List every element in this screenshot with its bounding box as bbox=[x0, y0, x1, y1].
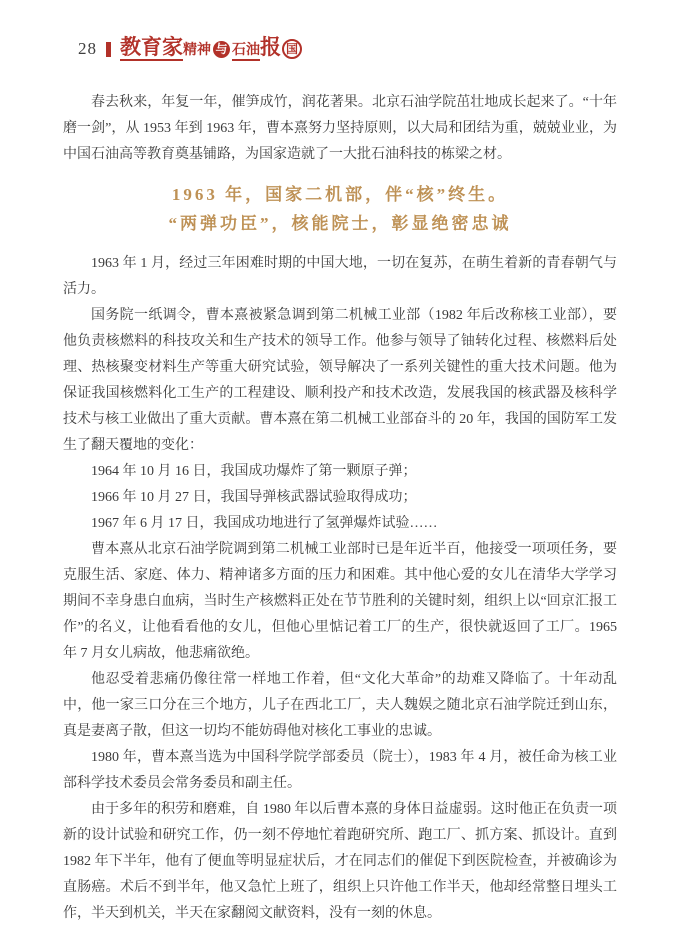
paragraph: 他忍受着悲痛仍像往常一样地工作着，但“文化大革命”的劫难又降临了。十年动乱中，他… bbox=[63, 667, 617, 745]
logo-text-bao: 报 bbox=[260, 37, 281, 58]
paragraph-date-item: 1966 年 10 月 27 日，我国导弹核武器试验取得成功； bbox=[63, 485, 617, 511]
page-number: 28 bbox=[78, 39, 97, 59]
section-heading: 1963 年，国家二机部，伴“核”终生。 “两弹功臣”，核能院士，彰显绝密忠诚 bbox=[63, 180, 617, 238]
yu-seal-icon: 与 bbox=[213, 41, 230, 58]
paragraph: 国务院一纸调令，曹本熹被紧急调到第二机械工业部（1982 年后改称核工业部），要… bbox=[63, 303, 617, 459]
paragraph-date-item: 1964 年 10 月 16 日，我国成功爆炸了第一颗原子弹； bbox=[63, 459, 617, 485]
paragraph-date-item: 1967 年 6 月 17 日，我国成功地进行了氢弹爆炸试验…… bbox=[63, 511, 617, 537]
logo-text-shiyou: 石油 bbox=[232, 44, 260, 61]
header-divider-bar bbox=[106, 42, 111, 57]
paragraph-intro: 春去秋来，年复一年，催笋成竹，润花著果。北京石油学院茁壮地成长起来了。“十年磨一… bbox=[63, 90, 617, 168]
page-header: 28 教育家 精神 与 石油 报 国 bbox=[78, 36, 302, 62]
document-page: 28 教育家 精神 与 石油 报 国 春去秋来，年复一年，催笋成竹，润花著果。北… bbox=[0, 0, 680, 945]
logo-text-jingshen: 精神 bbox=[183, 44, 211, 58]
paragraph: 1963 年 1 月，经过三年困难时期的中国大地，一切在复苏，在萌生着新的青春朝… bbox=[63, 251, 617, 303]
section-heading-line-2: “两弹功臣”，核能院士，彰显绝密忠诚 bbox=[63, 209, 617, 238]
book-title-logo: 教育家 精神 与 石油 报 国 bbox=[120, 37, 302, 61]
paragraph: 由于多年的积劳和磨难，自 1980 年以后曹本熹的身体日益虚弱。这时他正在负责一… bbox=[63, 797, 617, 927]
section-heading-line-1: 1963 年，国家二机部，伴“核”终生。 bbox=[63, 180, 617, 209]
paragraph: 曹本熹从北京石油学院调到第二机械工业部时已是年近半百，他接受一项项任务，要克服生… bbox=[63, 537, 617, 667]
paragraph: 1980 年，曹本熹当选为中国科学院学部委员（院士），1983 年 4 月，被任… bbox=[63, 745, 617, 797]
page-content: 春去秋来，年复一年，催笋成竹，润花著果。北京石油学院茁壮地成长起来了。“十年磨一… bbox=[63, 90, 617, 927]
logo-text-jiaoyujia: 教育家 bbox=[120, 37, 183, 61]
guo-seal-icon: 国 bbox=[282, 39, 302, 59]
